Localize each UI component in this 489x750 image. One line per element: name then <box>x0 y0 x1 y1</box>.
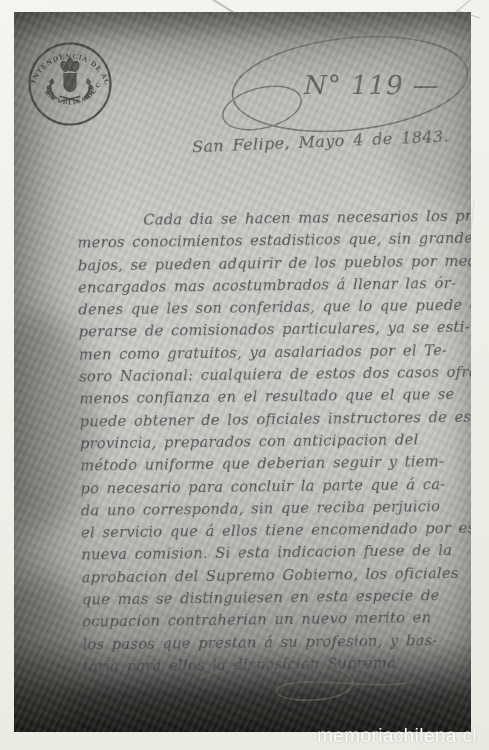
photo-shadow-smudge <box>14 572 84 722</box>
document-photo: INTENDENCIA DE ACONCAGUA REPUBLICA DE CH… <box>14 12 471 732</box>
watermark-label: memoriachilena.cl <box>317 726 477 748</box>
official-seal-stamp-icon: INTENDENCIA DE ACONCAGUA REPUBLICA DE CH… <box>26 40 114 128</box>
manuscript-body: Cada dia se hacen mas necesarios los pri… <box>77 205 471 678</box>
rubric-flourish-icon <box>182 658 422 710</box>
scanned-document-page: INTENDENCIA DE ACONCAGUA REPUBLICA DE CH… <box>0 0 489 750</box>
folio-number-text: N° 119 — <box>303 71 440 101</box>
manuscript-line: los pasos que prestan á su profesion, y … <box>82 629 471 656</box>
